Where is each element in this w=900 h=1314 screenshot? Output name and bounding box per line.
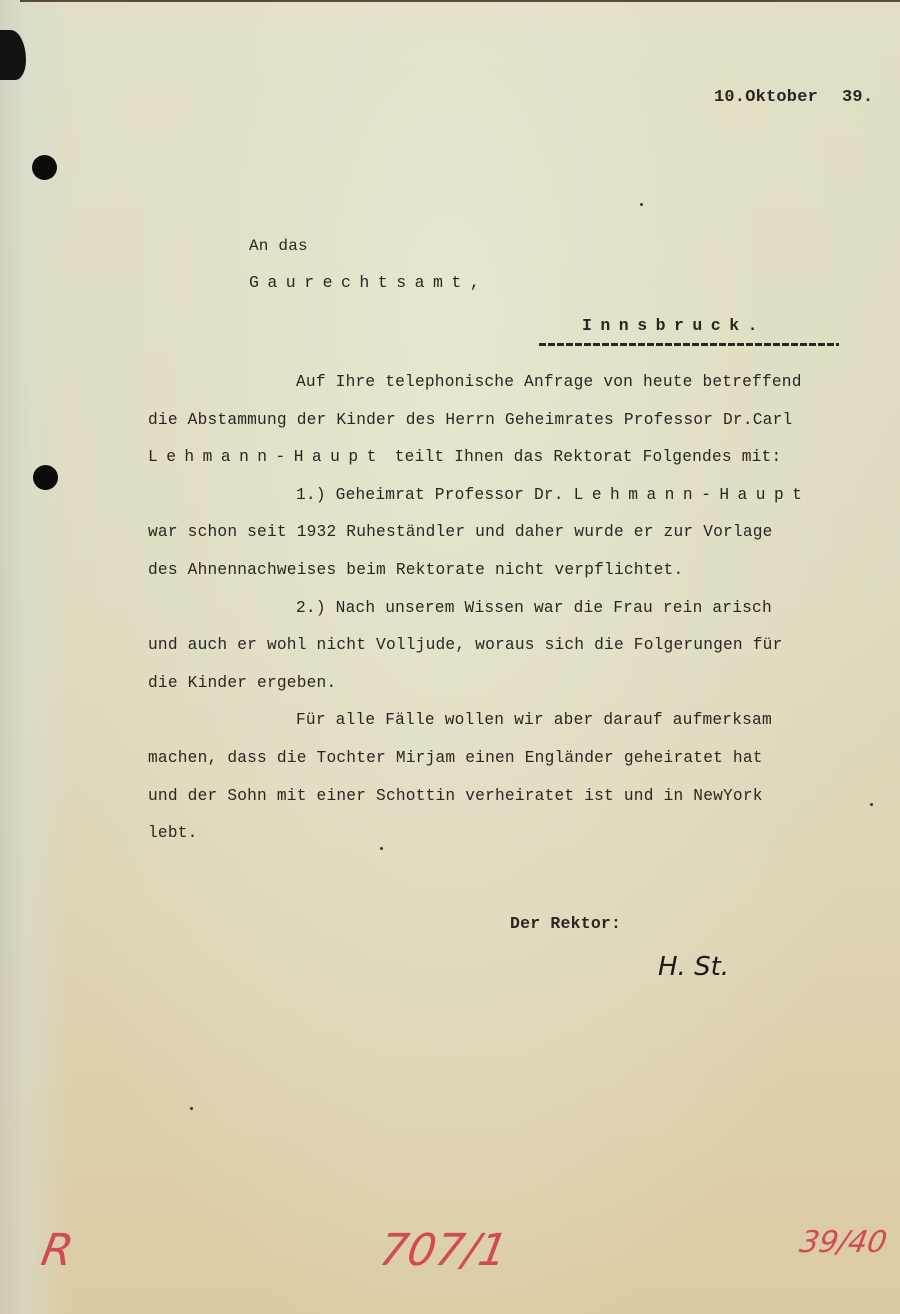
body-line: machen, dass die Tochter Mirjam einen En… [148,749,763,767]
body-line: 1.) Geheimrat Professor Dr. Lehmann-Haup… [296,486,810,504]
paper-top-edge [20,0,900,2]
punch-hole-top [32,155,57,180]
paper-speck [640,203,643,206]
punch-hole-bottom [33,465,58,490]
body-text-span: machen, dass die Tochter Mirjam einen En… [148,749,763,767]
closing-title: Der Rektor: [510,914,621,933]
archive-mark-center: 707/1 [376,1225,512,1276]
body-text-span: war schon seit 1932 Ruheständler und dah… [148,523,773,541]
paper-speck [380,847,383,850]
body-text-span: Auf Ihre telephonische Anfrage von heute… [296,373,802,391]
body-text-span: lebt. [148,824,198,842]
body-text-span: die Kinder ergeben. [148,674,336,692]
body-line: war schon seit 1932 Ruheständler und dah… [148,523,773,541]
archive-mark-right: 39/40 [797,1225,890,1260]
body-text-span: und auch er wohl nicht Volljude, woraus … [148,636,783,654]
body-line: Für alle Fälle wollen wir aber darauf au… [296,711,772,729]
body-line: 2.) Nach unserem Wissen war die Frau rei… [296,599,772,617]
body-line: Lehmann-Haupt teilt Ihnen das Rektorat F… [148,448,781,466]
date-year: 39. [842,88,873,107]
paper-speck [870,803,873,806]
body-line: und auch er wohl nicht Volljude, woraus … [148,636,783,654]
body-text-span: 2.) Nach unserem Wissen war die Frau rei… [296,599,772,617]
body-text-span: und der Sohn mit einer Schottin verheira… [148,787,763,805]
body-text-span: die Abstammung der Kinder des Herrn Gehe… [148,411,792,429]
body-line: die Abstammung der Kinder des Herrn Gehe… [148,411,792,429]
recipient-line-2: Gaurechtsamt, [249,273,488,292]
handwritten-signature: H. St. [658,952,729,982]
body-text-span: 1.) Geheimrat Professor Dr. [296,486,574,504]
recipient-line-1: An das [249,237,308,255]
body-line: Auf Ihre telephonische Anfrage von heute… [296,373,802,391]
body-line: und der Sohn mit einer Schottin verheira… [148,787,763,805]
date-day-month: 10.Oktober [714,88,818,107]
paper-speck [190,1107,193,1110]
recipient-city: Innsbruck. [582,316,766,335]
body-text-span: teilt Ihnen das Rektorat Folgendes mit: [385,448,782,466]
spaced-name: Lehmann-Haupt [574,486,811,504]
spaced-name: Lehmann-Haupt [148,448,385,466]
body-text-span: Für alle Fälle wollen wir aber darauf au… [296,711,772,729]
body-line: lebt. [148,824,198,842]
body-line: die Kinder ergeben. [148,674,336,692]
city-underline [539,343,839,346]
paper-background [0,0,900,1314]
body-text-span: des Ahnennachweises beim Rektorate nicht… [148,561,683,579]
letter-date: 10.Oktober39. [714,88,873,107]
body-line: des Ahnennachweises beim Rektorate nicht… [148,561,683,579]
